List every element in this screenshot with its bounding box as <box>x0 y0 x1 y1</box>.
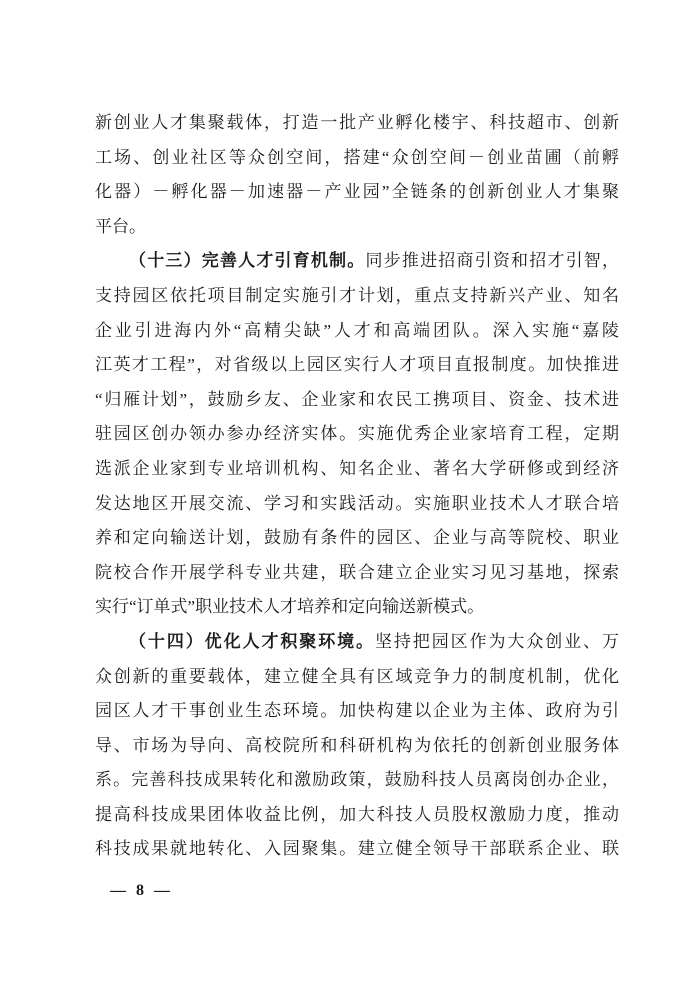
text-line: 院校合作开展学科专业共建，联合建立企业实习见习基地，探索 <box>95 556 619 591</box>
text-line: 科技成果就地转化、入园聚集。建立健全领导干部联系企业、联 <box>95 832 619 867</box>
text-line: 园区人才干事创业生态环境。加快构建以企业为主体、政府为引 <box>95 694 619 729</box>
text-line: 系。完善科技成果转化和激励政策，鼓励科技人员离岗创办企业， <box>95 763 619 798</box>
text-line: 驻园区创办领办参办经济实体。实施优秀企业家培育工程，定期 <box>95 417 619 452</box>
text-line: 支持园区依托项目制定实施引才计划，重点支持新兴产业、知名 <box>95 279 619 314</box>
text-line: 新创业人才集聚载体，打造一批产业孵化楼宇、科技超市、创新 <box>95 106 619 141</box>
text-line: 选派企业家到专业培训机构、知名企业、著名大学研修或到经济 <box>95 452 619 487</box>
text-line: 江英才工程”，对省级以上园区实行人才项目直报制度。加快推进 <box>95 348 619 383</box>
document-body: 新创业人才集聚载体，打造一批产业孵化楼宇、科技超市、创新 工场、创业社区等众创空… <box>95 106 619 867</box>
text-line: “归雁计划”，鼓励乡友、企业家和农民工携项目、资金、技术进 <box>95 383 619 418</box>
document-page: 新创业人才集聚载体，打造一批产业孵化楼宇、科技超市、创新 工场、创业社区等众创空… <box>0 0 700 990</box>
line-text: 同步推进招商引资和招才引智， <box>366 251 620 270</box>
page-number: — 8 — <box>110 882 173 900</box>
text-line-paragraph-end: 实行“订单式”职业技术人才培养和定向输送新模式。 <box>95 590 619 625</box>
text-line: 发达地区开展交流、学习和实践活动。实施职业技术人才联合培 <box>95 487 619 522</box>
text-line: 导、市场为导向、高校院所和科研机构为依托的创新创业服务体 <box>95 729 619 764</box>
text-line: 养和定向输送计划，鼓励有条件的园区、企业与高等院校、职业 <box>95 521 619 556</box>
text-line-section-14: （十四）优化人才积聚环境。坚持把园区作为大众创业、万 <box>95 625 619 660</box>
text-line: 众创新的重要载体，建立健全具有区域竞争力的制度机制，优化 <box>95 660 619 695</box>
text-line: 化器）－孵化器－加速器－产业园”全链条的创新创业人才集聚 <box>95 175 619 210</box>
text-line-section-13: （十三）完善人才引育机制。同步推进招商引资和招才引智， <box>95 244 619 279</box>
text-line: 提高科技成果团体收益比例，加大科技人员股权激励力度，推动 <box>95 798 619 833</box>
text-line: 企业引进海内外“高精尖缺”人才和高端团队。深入实施“嘉陵 <box>95 314 619 349</box>
section-heading-13: （十三）完善人才引育机制。 <box>129 251 366 270</box>
text-line-paragraph-end: 平台。 <box>95 210 619 245</box>
section-heading-14: （十四）优化人才积聚环境。 <box>129 632 375 651</box>
text-line: 工场、创业社区等众创空间，搭建“众创空间－创业苗圃（前孵 <box>95 141 619 176</box>
line-text: 坚持把园区作为大众创业、万 <box>375 632 619 651</box>
